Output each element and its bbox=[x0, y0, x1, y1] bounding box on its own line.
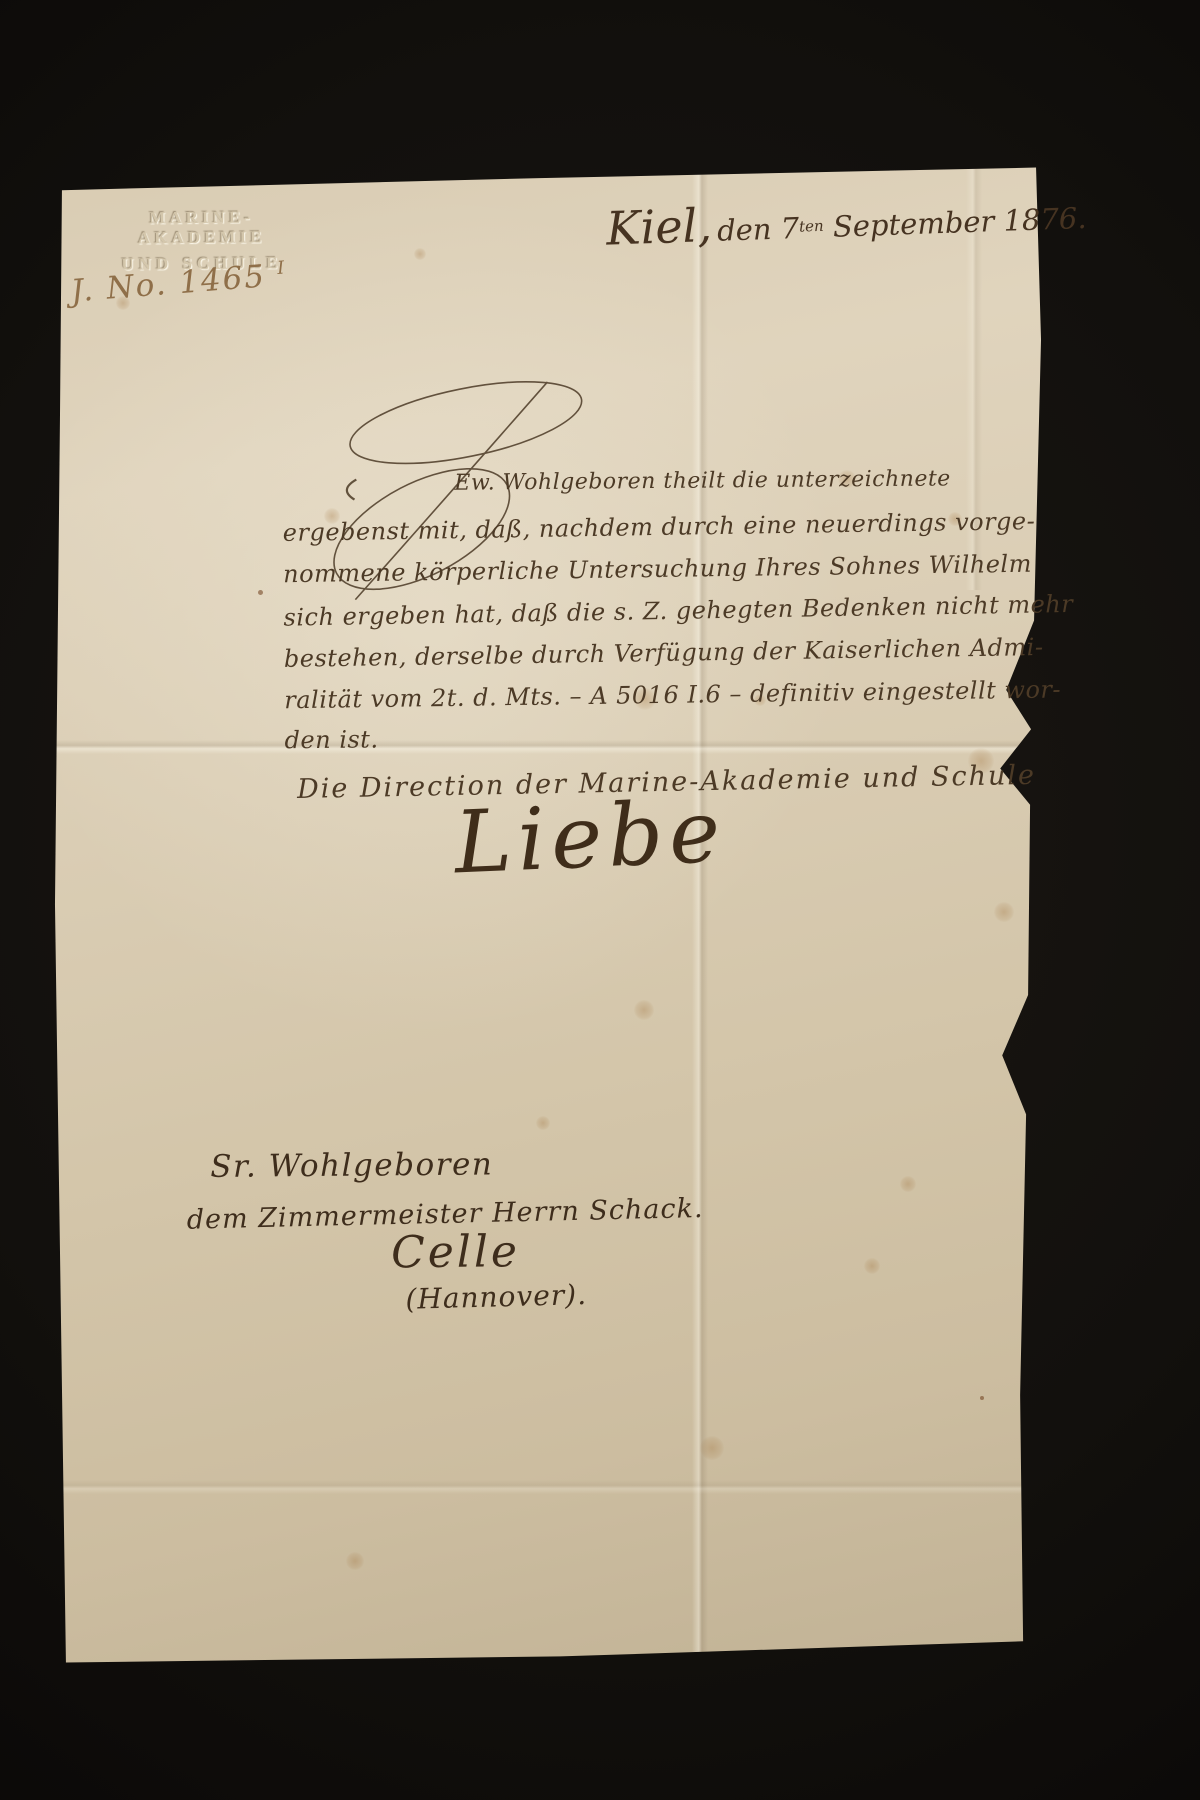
stamp-line-1: MARINE-AKADEMIE bbox=[94, 207, 309, 249]
dateline-month-year: September 1876. bbox=[823, 201, 1087, 244]
reference-superscript: I bbox=[276, 257, 287, 279]
photo-background: MARINE-AKADEMIE UND SCHULE J. No. 1465 I… bbox=[0, 0, 1200, 1800]
address-line: Sr. Wohlgeboren bbox=[210, 1146, 493, 1184]
signature: Liebe bbox=[452, 782, 728, 894]
body-line: Ew. Wohlgeboren theilt die unterzeichnet… bbox=[454, 466, 951, 495]
dateline-ordinal: ten bbox=[799, 217, 824, 236]
dateline-day: den 7 bbox=[717, 211, 800, 248]
address-line: Celle bbox=[391, 1226, 520, 1278]
body-line: ralität vom 2t. d. Mts. – A 5016 I.6 – d… bbox=[284, 675, 1061, 714]
letter-content: MARINE-AKADEMIE UND SCHULE J. No. 1465 I… bbox=[0, 0, 1200, 1800]
body-line: bestehen, derselbe durch Verfügung der K… bbox=[284, 633, 1044, 673]
address-block: Sr. Wohlgeboren dem Zimmermeister Herrn … bbox=[0, 0, 1192, 5]
body-line: den ist. bbox=[284, 725, 378, 754]
dateline: Kiel, den 7ten September 1876. bbox=[605, 185, 1087, 256]
address-line: (Hannover). bbox=[405, 1278, 587, 1316]
body-text: Ew. Wohlgeboren theilt die unterzeichnet… bbox=[0, 0, 1192, 5]
dateline-city: Kiel, bbox=[605, 198, 712, 256]
